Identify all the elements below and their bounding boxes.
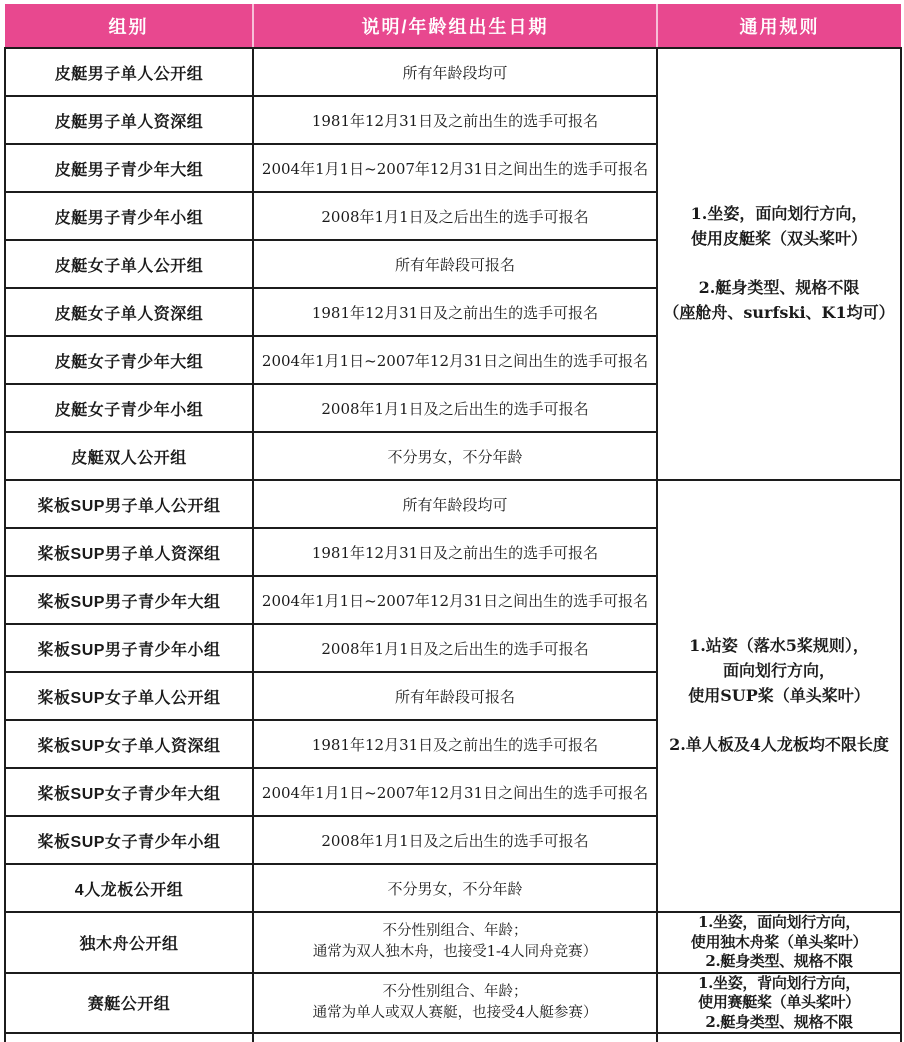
desc-cell: 2004年1月1日~2007年12月31日之间出生的选手可报名 — [253, 576, 657, 624]
group-cell: 皮艇双人公开组 — [5, 432, 253, 480]
desc-cell: 1981年12月31日及之前出生的选手可报名 — [253, 528, 657, 576]
table-row: 桨板SUP男子单人公开组 所有年龄段均可 1.站姿（落水5桨规则）， 面向划行方… — [5, 480, 901, 528]
group-cell: 桨板SUP男子单人资深组 — [5, 528, 253, 576]
header-row: 组别 说明/年龄组出生日期 通用规则 — [5, 4, 901, 48]
desc-cell: 所有年龄段可报名 — [253, 672, 657, 720]
table-row-cutoff — [5, 1033, 901, 1042]
group-cell: 桨板SUP女子单人资深组 — [5, 720, 253, 768]
group-cell: 桨板SUP男子青少年小组 — [5, 624, 253, 672]
col-header-description: 说明/年龄组出生日期 — [253, 4, 657, 48]
rules-cell-sup: 1.站姿（落水5桨规则）， 面向划行方向， 使用SUP桨（单头桨叶） 2.单人板… — [657, 480, 901, 912]
group-cell: 皮艇男子青少年大组 — [5, 144, 253, 192]
page: 组别 说明/年龄组出生日期 通用规则 皮艇男子单人公开组 所有年龄段均可 1.坐… — [0, 0, 904, 1042]
group-cell: 皮艇女子青少年大组 — [5, 336, 253, 384]
group-cell: 皮艇男子青少年小组 — [5, 192, 253, 240]
table-row: 赛艇公开组 不分性别组合、年龄； 通常为单人或双人赛艇，也接受4人艇参赛） 1.… — [5, 973, 901, 1034]
table-row: 皮艇男子单人公开组 所有年龄段均可 1.坐姿，面向划行方向， 使用皮艇桨（双头桨… — [5, 48, 901, 96]
group-cell: 皮艇女子青少年小组 — [5, 384, 253, 432]
group-cell: 桨板SUP男子单人公开组 — [5, 480, 253, 528]
group-cell: 独木舟公开组 — [5, 912, 253, 973]
desc-cell: 2008年1月1日及之后出生的选手可报名 — [253, 192, 657, 240]
desc-cell: 1981年12月31日及之前出生的选手可报名 — [253, 288, 657, 336]
desc-cell: 1981年12月31日及之前出生的选手可报名 — [253, 96, 657, 144]
group-cell: 皮艇女子单人公开组 — [5, 240, 253, 288]
group-cell: 桨板SUP男子青少年大组 — [5, 576, 253, 624]
desc-cell: 2008年1月1日及之后出生的选手可报名 — [253, 816, 657, 864]
group-cell: 桨板SUP女子青少年小组 — [5, 816, 253, 864]
group-cell-empty — [5, 1033, 253, 1042]
desc-cell: 2004年1月1日~2007年12月31日之间出生的选手可报名 — [253, 768, 657, 816]
desc-cell: 所有年龄段均可 — [253, 480, 657, 528]
desc-cell: 2008年1月1日及之后出生的选手可报名 — [253, 384, 657, 432]
group-cell: 桨板SUP女子青少年大组 — [5, 768, 253, 816]
desc-cell-empty — [253, 1033, 657, 1042]
rules-cell-empty — [657, 1033, 901, 1042]
group-cell: 赛艇公开组 — [5, 973, 253, 1034]
table-row: 独木舟公开组 不分性别组合、年龄； 通常为双人独木舟，也接受1-4人同舟竞赛） … — [5, 912, 901, 973]
group-cell: 皮艇女子单人资深组 — [5, 288, 253, 336]
desc-cell: 不分性别组合、年龄； 通常为单人或双人赛艇，也接受4人艇参赛） — [253, 973, 657, 1034]
rules-cell-kayak: 1.坐姿，面向划行方向， 使用皮艇桨（双头桨叶） 2.艇身类型、规格不限 （座舱… — [657, 48, 901, 480]
desc-cell: 2004年1月1日~2007年12月31日之间出生的选手可报名 — [253, 336, 657, 384]
group-cell: 皮艇男子单人资深组 — [5, 96, 253, 144]
desc-cell: 不分男女，不分年龄 — [253, 864, 657, 912]
desc-cell: 所有年龄段可报名 — [253, 240, 657, 288]
group-cell: 桨板SUP女子单人公开组 — [5, 672, 253, 720]
col-header-group: 组别 — [5, 4, 253, 48]
desc-cell: 不分性别组合、年龄； 通常为双人独木舟，也接受1-4人同舟竞赛） — [253, 912, 657, 973]
desc-cell: 不分男女，不分年龄 — [253, 432, 657, 480]
group-cell: 4人龙板公开组 — [5, 864, 253, 912]
desc-cell: 2004年1月1日~2007年12月31日之间出生的选手可报名 — [253, 144, 657, 192]
age-groups-table: 组别 说明/年龄组出生日期 通用规则 皮艇男子单人公开组 所有年龄段均可 1.坐… — [4, 4, 902, 1042]
desc-cell: 2008年1月1日及之后出生的选手可报名 — [253, 624, 657, 672]
rules-cell-canoe: 1.坐姿，面向划行方向， 使用独木舟桨（单头桨叶） 2.艇身类型、规格不限 — [657, 912, 901, 973]
rules-cell-rowing: 1.坐姿，背向划行方向， 使用赛艇桨（单头桨叶） 2.艇身类型、规格不限 — [657, 973, 901, 1034]
col-header-rules: 通用规则 — [657, 4, 901, 48]
table-header: 组别 说明/年龄组出生日期 通用规则 — [5, 4, 901, 48]
desc-cell: 所有年龄段均可 — [253, 48, 657, 96]
desc-cell: 1981年12月31日及之前出生的选手可报名 — [253, 720, 657, 768]
group-cell: 皮艇男子单人公开组 — [5, 48, 253, 96]
